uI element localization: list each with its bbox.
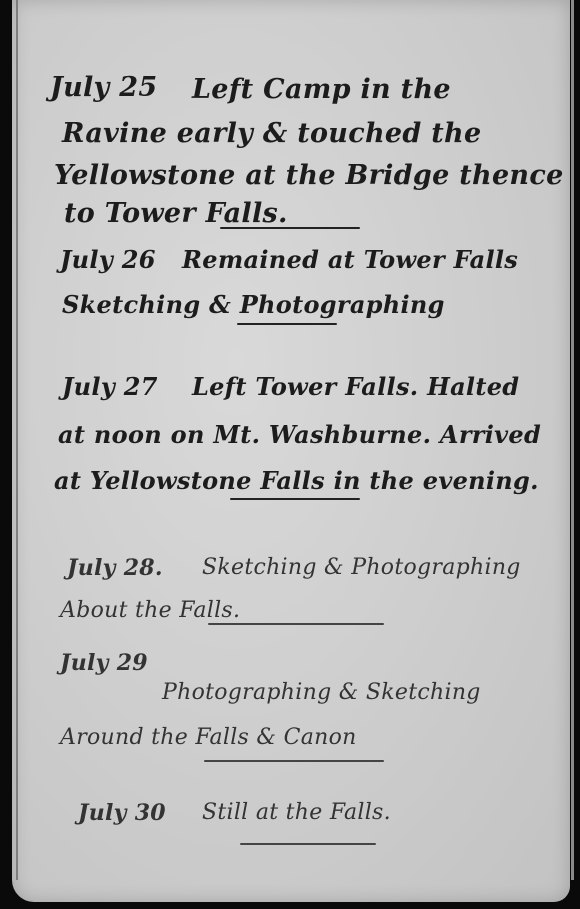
entry-line: to Tower Falls. (64, 198, 288, 229)
entry-line: Around the Falls & Canon (60, 725, 357, 750)
entry-line: Ravine early & touched the (62, 118, 481, 149)
entry-date: July 28. (67, 555, 163, 581)
journal-page: July 25 Left Camp in the Ravine early & … (12, 0, 570, 902)
entry-date: July 29 (60, 650, 148, 676)
entry-date: July 26 (60, 245, 156, 274)
entry-line: Yellowstone at the Bridge thence (54, 160, 564, 191)
entry-line: Still at the Falls. (202, 800, 391, 825)
entry-line: Sketching & Photographing (202, 555, 521, 580)
underline (220, 227, 360, 229)
entry-date: July 25 (50, 72, 157, 103)
underline (237, 323, 337, 325)
margin-line (16, 0, 18, 880)
entry-date: July 27 (62, 372, 158, 401)
entry-line: Left Tower Falls. Halted (192, 372, 519, 401)
entry-line: Remained at Tower Falls (182, 245, 518, 274)
underline (230, 498, 360, 500)
underline (208, 623, 384, 625)
entry-line: Sketching & Photographing (62, 290, 445, 319)
underline (204, 760, 384, 762)
underline (240, 843, 376, 845)
entry-line: at noon on Mt. Washburne. Arrived (58, 420, 541, 449)
entry-line: Photographing & Sketching (162, 680, 481, 705)
page-edge (571, 0, 574, 880)
entry-line: Left Camp in the (192, 74, 451, 105)
entry-line: About the Falls. (60, 598, 240, 623)
entry-line: at Yellowstone Falls in the evening. (54, 466, 539, 495)
entry-date: July 30 (78, 800, 166, 826)
